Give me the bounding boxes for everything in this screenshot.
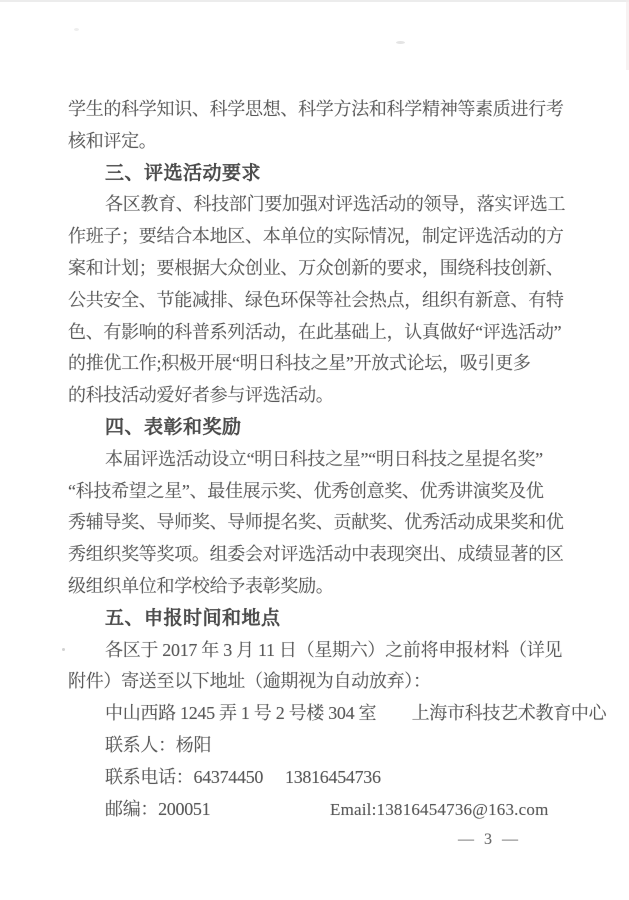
- email-text: Email:13816454736@163.com: [330, 794, 549, 826]
- document-line: “科技希望之星”、最佳展示奖、优秀创意奖、优秀讲演奖及优: [68, 476, 568, 508]
- document-line: 作班子；要结合本地区、本单位的实际情况，制定评选活动的方: [68, 221, 568, 253]
- document-body: 学生的科学知识、科学思想、科学方法和科学精神等素质进行考核和评定。三、评选活动要…: [68, 94, 568, 825]
- document-line: 联系电话：64374450 13816454736: [68, 762, 568, 794]
- scan-artifact-speck: [74, 28, 79, 31]
- document-line: 秀组织奖等奖项。组委会对评选活动中表现突出、成绩显著的区: [68, 539, 568, 571]
- document-line: 核和评定。: [68, 126, 568, 158]
- document-line: 案和计划；要根据大众创业、万众创新的要求，围绕科技创新、: [68, 253, 568, 285]
- document-line: 公共安全、节能减排、绿色环保等社会热点，组织有新意、有特: [68, 285, 568, 317]
- scanned-document-page: 学生的科学知识、科学思想、科学方法和科学精神等素质进行考核和评定。三、评选活动要…: [0, 0, 629, 900]
- document-line: 的科技活动爱好者参与评选活动。: [68, 380, 568, 412]
- document-line: 联系人：杨阳: [68, 730, 568, 762]
- page-number: — 3 —: [458, 831, 521, 849]
- scan-artifact-speck: [62, 648, 65, 651]
- document-line: 中山西路 1245 弄 1 号 2 号楼 304 室 上海市科技艺术教育中心: [68, 698, 568, 730]
- postal-code-text: 邮编：200051: [105, 799, 210, 819]
- section-heading: 五、申报时间和地点: [68, 603, 568, 635]
- section-heading: 四、表彰和奖励: [68, 412, 568, 444]
- scan-artifact-top-edge: [0, 0, 629, 2]
- document-line: 级组织单位和学校给予表彰奖励。: [68, 571, 568, 603]
- section-heading: 三、评选活动要求: [68, 158, 568, 190]
- document-line: 附件）寄送至以下地址（逾期视为自动放弃）：: [68, 666, 568, 698]
- document-line: 本届评选活动设立“明日科技之星”“明日科技之星提名奖”: [68, 444, 568, 476]
- document-line: 秀辅导奖、导师奖、导师提名奖、贡献奖、优秀活动成果奖和优: [68, 507, 568, 539]
- document-line: 各区于 2017 年 3 月 11 日（星期六）之前将申报材料（详见: [68, 635, 568, 667]
- document-line: 的推优工作;积极开展“明日科技之星”开放式论坛，吸引更多: [68, 348, 568, 380]
- document-line: 色、有影响的科普系列活动，在此基础上，认真做好“评选活动”: [68, 317, 568, 349]
- document-line: 学生的科学知识、科学思想、科学方法和科学精神等素质进行考: [68, 94, 568, 126]
- scan-artifact-speck: [396, 41, 405, 44]
- document-line: 邮编：200051Email:13816454736@163.com: [68, 794, 568, 826]
- document-line: 各区教育、科技部门要加强对评选活动的领导，落实评选工: [68, 189, 568, 221]
